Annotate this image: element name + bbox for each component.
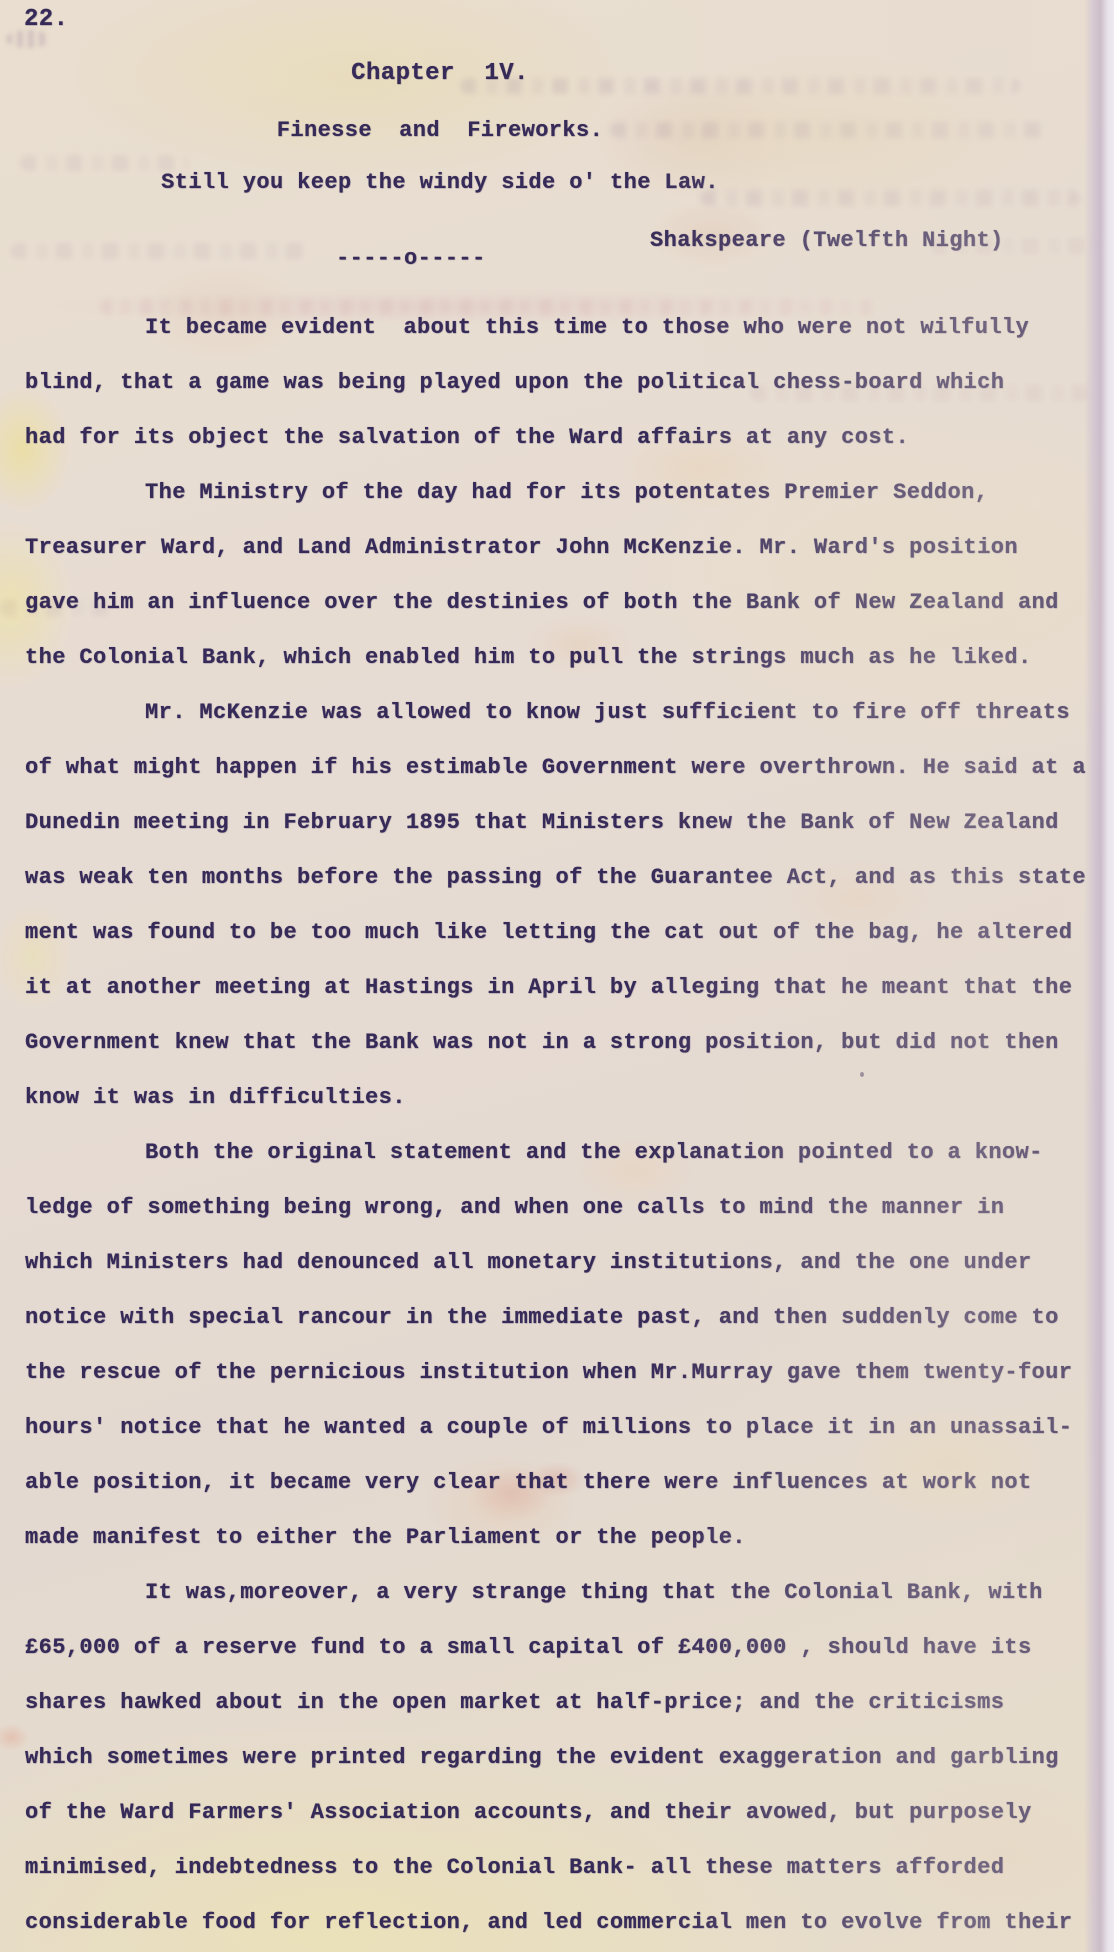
text-line: considerable food for reflection, and le… bbox=[25, 1895, 1100, 1950]
epigraph-quote: Still you keep the windy side o' the Law… bbox=[0, 170, 880, 195]
text-line: the Colonial Bank, which enabled him to … bbox=[25, 630, 1100, 685]
text-line: blind, that a game was being played upon… bbox=[25, 355, 1100, 410]
text-line: ment was found to be too much like letti… bbox=[25, 905, 1100, 960]
text-line: made manifest to either the Parliament o… bbox=[25, 1510, 1100, 1565]
body-text: It became evident about this time to tho… bbox=[25, 300, 1100, 1950]
text-line: which Ministers had denounced all moneta… bbox=[25, 1235, 1100, 1290]
text-line: hours' notice that he wanted a couple of… bbox=[25, 1400, 1100, 1455]
page-number: 22. bbox=[24, 6, 68, 33]
text-line: ledge of something being wrong, and when… bbox=[25, 1180, 1100, 1235]
text-line: had for its object the salvation of the … bbox=[25, 410, 1100, 465]
text-line: minimised, indebtedness to the Colonial … bbox=[25, 1840, 1100, 1895]
text-line: £65,000 of a reserve fund to a small cap… bbox=[25, 1620, 1100, 1675]
document-page: 22. Chapter 1V. Finesse and Fireworks. S… bbox=[0, 0, 1114, 1952]
section-divider: -----o----- bbox=[336, 246, 486, 271]
text-line: Dunedin meeting in February 1895 that Mi… bbox=[25, 795, 1100, 850]
text-line: shares hawked about in the open market a… bbox=[25, 1675, 1100, 1730]
text-line: notice with special rancour in the immed… bbox=[25, 1290, 1100, 1345]
text-line: of the Ward Farmers' Association account… bbox=[25, 1785, 1100, 1840]
text-line: it at another meeting at Hastings in Apr… bbox=[25, 960, 1100, 1015]
text-line: Mr. McKenzie was allowed to know just su… bbox=[25, 685, 1100, 740]
text-line: which sometimes were printed regarding t… bbox=[25, 1730, 1100, 1785]
chapter-heading: Chapter 1V. bbox=[0, 60, 880, 87]
epigraph-attribution: Shakspeare (Twelfth Night) bbox=[650, 228, 1004, 253]
chapter-title: Finesse and Fireworks. bbox=[0, 118, 880, 143]
text-line: Government knew that the Bank was not in… bbox=[25, 1015, 1100, 1070]
text-line: The Ministry of the day had for its pote… bbox=[25, 465, 1100, 520]
text-line: It was,moreover, a very strange thing th… bbox=[25, 1565, 1100, 1620]
text-line: the rescue of the pernicious institution… bbox=[25, 1345, 1100, 1400]
text-line: It became evident about this time to tho… bbox=[25, 300, 1100, 355]
text-line: of what might happen if his estimable Go… bbox=[25, 740, 1100, 795]
text-line: Treasurer Ward, and Land Administrator J… bbox=[25, 520, 1100, 575]
text-line: able position, it became very clear that… bbox=[25, 1455, 1100, 1510]
text-line: know it was in difficulties. bbox=[25, 1070, 1100, 1125]
bleed-through-mark bbox=[20, 155, 190, 171]
bleed-through-mark bbox=[10, 243, 310, 259]
text-line: gave him an influence over the destinies… bbox=[25, 575, 1100, 630]
text-line: Both the original statement and the expl… bbox=[25, 1125, 1100, 1180]
text-line: was weak ten months before the passing o… bbox=[25, 850, 1100, 905]
